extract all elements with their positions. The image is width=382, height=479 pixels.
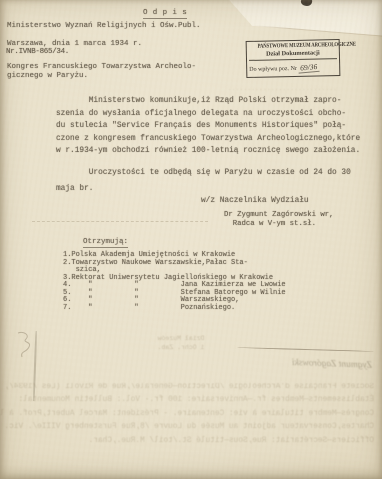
subject-block: Kongres Francuskiego Towarzystwa Archeol… <box>7 63 196 81</box>
stamp-entry-number-handwritten: 69/36 <box>298 62 320 74</box>
place-date-line: Warszawa, dnia 1 marca 1934 r. <box>7 40 142 48</box>
copy-heading: O d p i s <box>143 9 187 19</box>
body-text-line: du stulecia "Service Français des Monume… <box>56 120 360 133</box>
pencil-line-horizontal <box>237 347 374 352</box>
body-text-line: szenia do wysłania oficjalnego delegata … <box>56 108 360 121</box>
bleedthrough-fragment: ............................ <box>225 85 337 92</box>
bleedthrough-text-line: Officiers—Secrétariat: Rue,Sous—titulé S… <box>6 435 374 448</box>
paper-crease-line <box>252 25 382 37</box>
bleedthrough-text-line: Congrès—Membre titulaire à vie: Centenai… <box>6 408 374 421</box>
body-text-line: maja br. <box>56 182 351 198</box>
signature-name-block: Dr Zygmunt Zagórowski wr, Radca w V-ym s… <box>224 211 333 229</box>
bleedthrough-text-line: Établissements—Membres fr.—Anniversaire:… <box>6 394 374 407</box>
bleedthrough-note: Dział Muzeówi Ochr. Zab. <box>140 334 222 352</box>
body-paragraph-2: Uroczystości te odbędą się w Paryżu w cz… <box>56 166 351 197</box>
subject-line: Kongres Francuskiego Towarzystwa Archeol… <box>7 63 196 72</box>
recipients-list: 1.Polska Akademja Umiejętności w Krakowi… <box>63 252 286 312</box>
bleedthrough-note-line: Dział Muzeów <box>140 334 222 343</box>
body-text-line: czone z kongresem francuskiego Towarzyst… <box>56 133 360 146</box>
bleedthrough-note-line: i Ochr. Zab. <box>140 343 222 352</box>
bleedthrough-handwritten-signature: Zygmunt Zagórowski <box>268 357 372 371</box>
body-text-line: Ministerstwo komunikuje,iż Rząd Polski o… <box>56 95 360 108</box>
document-page: O d p i s Ministerstwo Wyznań Religijnyc… <box>0 0 382 479</box>
pencil-scribble <box>10 329 40 363</box>
recipient-line: 7. " " Poznańskiego. <box>63 305 286 313</box>
reference-number-line: Nr.IVNB-865/34. <box>6 48 69 56</box>
stamp-entry-label: Do wpływu poz. Nr <box>249 66 297 73</box>
signature-line: Dr Zygmunt Zagórowski wr, <box>224 211 333 220</box>
bleedthrough-text-line: Chartes,Conservateur adjoint au Musée du… <box>6 421 374 434</box>
ink-blot <box>300 0 313 7</box>
recipients-heading: Otrzymują: <box>83 238 128 248</box>
signature-line: Radca w V-ym st.sł. <box>224 220 333 229</box>
body-paragraph-1: Ministerstwo komunikuje,iż Rząd Polski o… <box>56 95 360 158</box>
stamp-department: Dział Dokumentacji <box>249 49 337 61</box>
body-text-line: w r.1934-ym obchodzi również 100-letnią … <box>56 145 360 158</box>
ministry-line: Ministerstwo Wyznań Religijnych i Ośw.Pu… <box>7 22 201 30</box>
signature-per-pro: w/z Naczelnika Wydziału <box>201 197 309 205</box>
body-text-line: Uroczystości te odbędą się w Paryżu w cz… <box>56 166 351 182</box>
bleedthrough-text-line: Société Française d'Archéologie /Directi… <box>6 381 374 394</box>
stamp-entry-line: Do wpływu poz. Nr 69/36 <box>249 62 337 74</box>
archive-stamp: PAŃSTWOWE MUZEUM ARCHEOLOGICZNE Dział Do… <box>246 39 341 78</box>
subject-line: gicznego w Paryżu. <box>7 72 196 81</box>
bleedthrough-dashed-line <box>32 221 208 222</box>
bleedthrough-paragraph: Société Française d'Archéologie /Directi… <box>6 381 374 448</box>
